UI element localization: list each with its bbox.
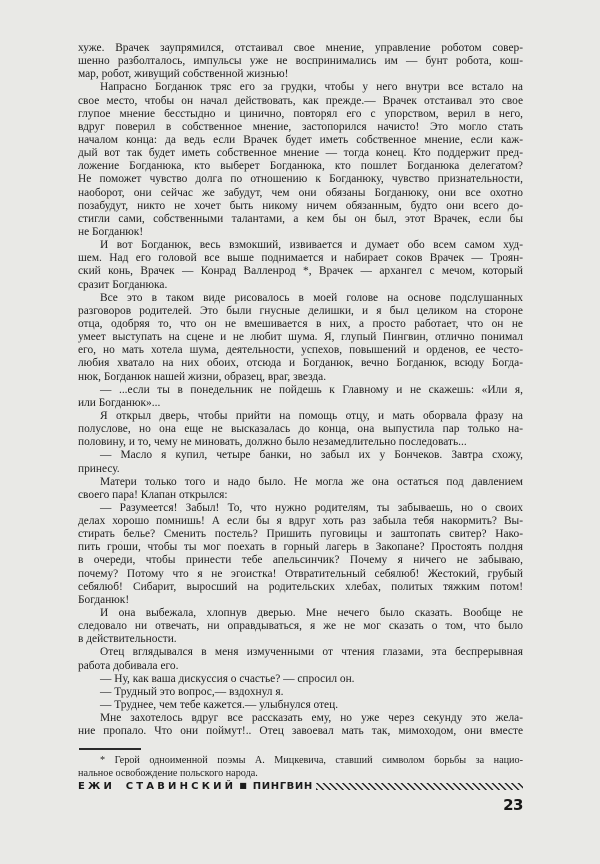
running-footer: ЕЖИ СТАВИНСКИЙ ■ ПИНГВИН (78, 781, 523, 791)
text-line: сразит Богданюка. (78, 279, 523, 292)
text-line: нюк, Богданюк нашей жизни, образец, враг… (78, 371, 523, 384)
text-line: половину, и то, чему не миновать, должно… (78, 436, 523, 449)
text-line: — Ну, как ваша дискуссия о счастье? — сп… (78, 673, 523, 686)
text-line: не Богданюк! (78, 226, 523, 239)
text-line: — Масло я купил, четыре банки, но забыл … (78, 449, 523, 462)
text-line: Матери только того и надо было. Не могла… (78, 476, 523, 489)
text-line: или Богданюк»... (78, 397, 523, 410)
text-line: — Трудный это вопрос,— вздохнул я. (78, 686, 523, 699)
paragraph: Мне захотелось вдруг все рассказать ему,… (78, 712, 523, 738)
footer-book-title: ПИНГВИН (253, 781, 313, 792)
text-line: ние пропало. Что они поймут!.. Отец заво… (78, 725, 523, 738)
paragraph: хуже. Врачек заупрямился, отстаивал свое… (78, 42, 523, 81)
text-line: позабудут, никто не хочет быть никому ни… (78, 200, 523, 213)
text-line: И она выбежала, хлопнув дверью. Мне нече… (78, 607, 523, 620)
text-line: глупое мнение бесстыдно и цинично, повто… (78, 108, 523, 121)
text-line: работа добивала его. (78, 660, 523, 673)
square-separator-icon: ■ (239, 781, 247, 791)
text-line: Мне захотелось вдруг все рассказать ему,… (78, 712, 523, 725)
text-line: Не поможет чувство долга по отношению к … (78, 173, 523, 186)
text-line: его, но мать хотела шума, деятельности, … (78, 344, 523, 357)
paragraph: * Герой одноименной поэмы А. Мицкевича, … (78, 755, 523, 780)
text-line: умеет выступать на сцене и не любит шума… (78, 331, 523, 344)
text-line: нальное освобождение польского народа. (78, 768, 523, 781)
paragraph: И вот Богданюк, весь взмокший, извиваетс… (78, 239, 523, 292)
text-line: ложение Богданюка, кто выберет Богданюка… (78, 160, 523, 173)
text-line: вдруг поверил в собственное мнение, заст… (78, 121, 523, 134)
text-line: Все это в таком виде рисовалось в моей г… (78, 292, 523, 305)
paragraph: Напрасно Богданюк тряс его за грудки, чт… (78, 81, 523, 239)
text-line: своего пара! Клапан открылся: (78, 489, 523, 502)
text-line: отца, одобряя то, что он не вмешивается … (78, 318, 523, 331)
paragraph: — Разумеется! Забыл! То, что нужно родит… (78, 502, 523, 607)
paragraph: Я открыл дверь, чтобы прийти на помощь о… (78, 410, 523, 449)
paragraph: — Труднее, чем тебе кажется.— улыбнулся … (78, 699, 523, 712)
text-line: стирать белье? Сменить постель? Пришить … (78, 528, 523, 541)
text-line: дый вот так будет иметь собственное мнен… (78, 147, 523, 160)
paragraph: — Масло я купил, четыре банки, но забыл … (78, 449, 523, 475)
paragraph: — Ну, как ваша дискуссия о счастье? — сп… (78, 673, 523, 686)
paragraph: Все это в таком виде рисовалось в моей г… (78, 292, 523, 384)
text-line: И вот Богданюк, весь взмокший, извиваетс… (78, 239, 523, 252)
text-line: шенно разболталось, импульсы уже не восп… (78, 55, 523, 68)
text-line: Отец вглядывался в меня измученными от ч… (78, 646, 523, 659)
page-body-text: хуже. Врачек заупрямился, отстаивал свое… (78, 42, 523, 738)
text-line: полуслове, но она еще не высказалась до … (78, 423, 523, 436)
text-line: — Труднее, чем тебе кажется.— улыбнулся … (78, 699, 523, 712)
book-page: хуже. Врачек заупрямился, отстаивал свое… (0, 0, 600, 864)
text-line: в очереди, чтобы принести тебе апельсинч… (78, 554, 523, 567)
text-line: пить гро́ши, чтобы ты мог поехать в горн… (78, 541, 523, 554)
text-line: стигли сами, собственными талантами, а к… (78, 213, 523, 226)
text-line: в действительности. (78, 633, 523, 646)
text-line: делах хорошо помнишь! А если бы я вдруг … (78, 515, 523, 528)
text-line: почему? Потому что я не эгоистка! Отврат… (78, 568, 523, 581)
text-line: принесу. (78, 463, 523, 476)
text-line: разговоров родителей. Это были гнусные д… (78, 305, 523, 318)
paragraph: — ...если ты в понедельник не пойдешь к … (78, 384, 523, 410)
footnote: * Герой одноименной поэмы А. Мицкевича, … (78, 755, 523, 780)
page-number: 23 (503, 796, 523, 814)
footer-hatch-band (316, 783, 523, 790)
text-line: Напрасно Богданюк тряс его за грудки, чт… (78, 81, 523, 94)
paragraph: — Трудный это вопрос,— вздохнул я. (78, 686, 523, 699)
footnote-separator-rule (79, 748, 141, 750)
text-line: себялюб! Сибарит, выросший на родительск… (78, 581, 523, 594)
text-line: следовало ни отвечать, ни оправдываться,… (78, 620, 523, 633)
text-line: свое место, чтобы он начал действовать, … (78, 95, 523, 108)
text-line: — Разумеется! Забыл! То, что нужно родит… (78, 502, 523, 515)
text-line: Я открыл дверь, чтобы прийти на помощь о… (78, 410, 523, 423)
text-line: — ...если ты в понедельник не пойдешь к … (78, 384, 523, 397)
text-line: началом конца: да ведь если Врачек будет… (78, 134, 523, 147)
text-line: шем. Над его головой все выше поднимаетс… (78, 252, 523, 265)
text-line: наоборот, они сейчас же забудут, чем они… (78, 187, 523, 200)
footer-author: ЕЖИ СТАВИНСКИЙ (78, 781, 236, 792)
text-line: любия хватало на них обоих, отсюда и Бог… (78, 357, 523, 370)
text-line: ский конь, Врачек — Конрад Валленрод *, … (78, 265, 523, 278)
text-line: хуже. Врачек заупрямился, отстаивал свое… (78, 42, 523, 55)
text-line: * Герой одноименной поэмы А. Мицкевича, … (78, 755, 523, 768)
text-line: Богданюк! (78, 594, 523, 607)
paragraph: Отец вглядывался в меня измученными от ч… (78, 646, 523, 672)
text-line: мар, робот, живущий собственной жизнью! (78, 68, 523, 81)
paragraph: Матери только того и надо было. Не могла… (78, 476, 523, 502)
paragraph: И она выбежала, хлопнув дверью. Мне нече… (78, 607, 523, 646)
